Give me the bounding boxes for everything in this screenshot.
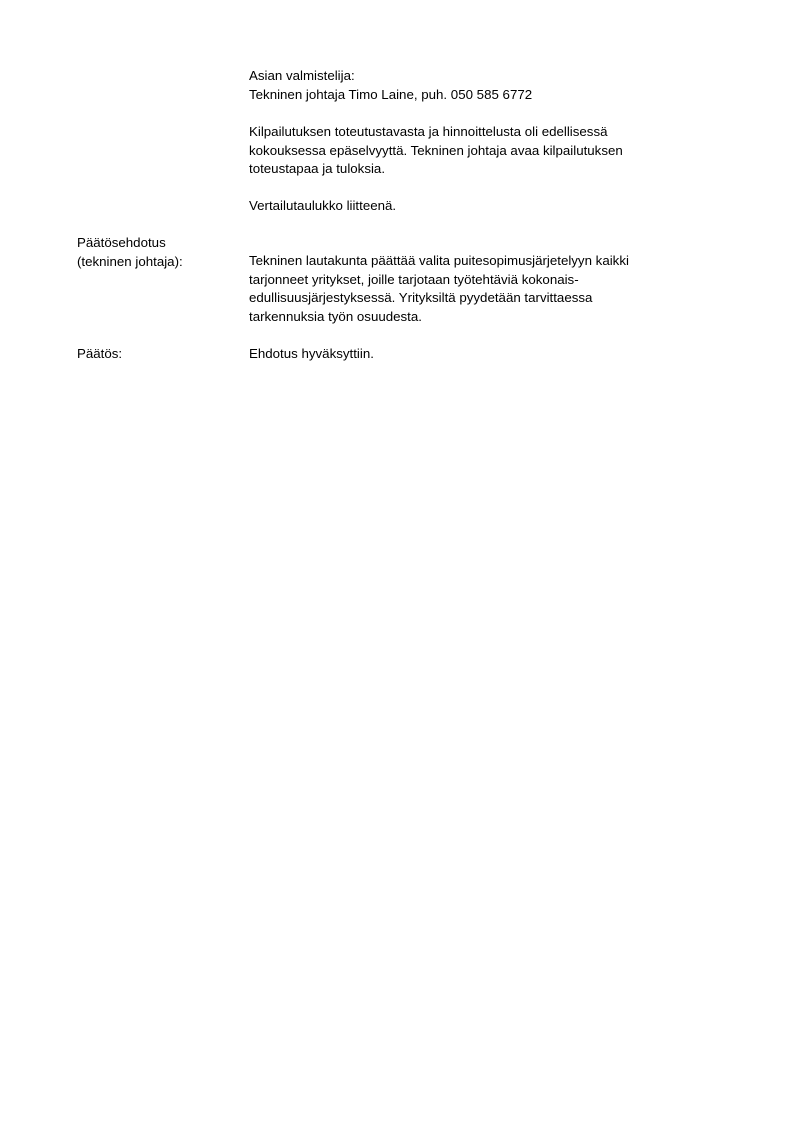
proposal-line: Tekninen lautakunta päättää valita puite…	[249, 252, 719, 271]
proposal-label-line1: Päätösehdotus	[77, 234, 183, 253]
proposal-line: tarjonneet yritykset, joille tarjotaan t…	[249, 271, 719, 290]
attachment-note: Vertailutaulukko liitteenä.	[249, 197, 719, 216]
background-line: Kilpailutuksen toteutustavasta ja hinnoi…	[249, 123, 719, 142]
decision-label: Päätös:	[77, 345, 122, 364]
background-line: toteustapaa ja tuloksia.	[249, 160, 719, 179]
proposal-label: Päätösehdotus (tekninen johtaja):	[77, 234, 183, 271]
decision-text: Ehdotus hyväksyttiin.	[249, 345, 719, 364]
proposal-line: edullisuusjärjestyksessä. Yrityksiltä py…	[249, 289, 719, 308]
preparer-heading: Asian valmistelija:	[249, 67, 719, 86]
proposal-label-line2: (tekninen johtaja):	[77, 253, 183, 272]
proposal-line: tarkennuksia työn osuudesta.	[249, 308, 719, 327]
attachment-note-text: Vertailutaulukko liitteenä.	[249, 197, 719, 216]
decision-label-text: Päätös:	[77, 345, 122, 364]
background-paragraph: Kilpailutuksen toteutustavasta ja hinnoi…	[249, 123, 719, 179]
decision-text-value: Ehdotus hyväksyttiin.	[249, 345, 719, 364]
preparer-block: Asian valmistelija: Tekninen johtaja Tim…	[249, 67, 719, 104]
preparer-name: Tekninen johtaja Timo Laine, puh. 050 58…	[249, 86, 719, 105]
proposal-text: Tekninen lautakunta päättää valita puite…	[249, 252, 719, 326]
background-line: kokouksessa epäselvyyttä. Tekninen johta…	[249, 142, 719, 161]
